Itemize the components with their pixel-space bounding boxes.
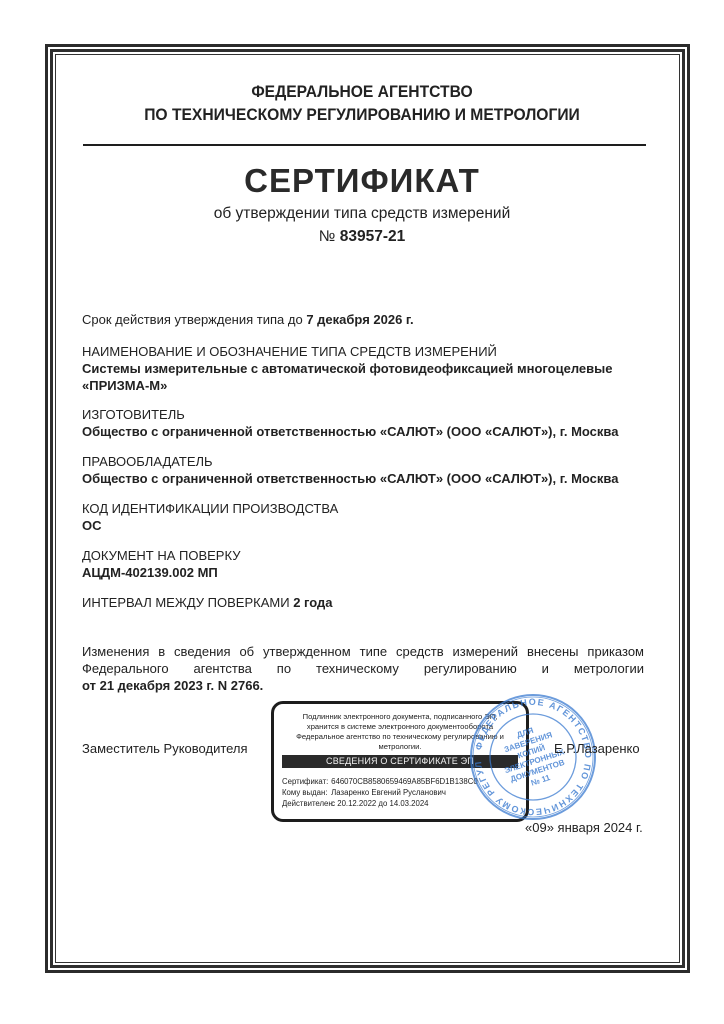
- field-value: Общество с ограниченной ответственностью…: [82, 423, 644, 440]
- agency-line-1: ФЕДЕРАЛЬНОЕ АГЕНТСТВО: [29, 80, 695, 103]
- detail-row: Сертификат: 646070CB8580659469A85BF6D1B1…: [282, 776, 478, 787]
- signatory-name: Е.Р.Лазаренко: [554, 741, 640, 756]
- header-divider: [83, 144, 646, 146]
- interval-value: 2 года: [293, 595, 332, 610]
- verification-interval: ИНТЕРВАЛ МЕЖДУ ПОВЕРКАМИ 2 года: [82, 594, 644, 611]
- e-signature-details: Сертификат: 646070CB8580659469A85BF6D1B1…: [282, 776, 478, 809]
- detail-value: с 20.12.2022 до 14.03.2024: [331, 799, 428, 808]
- amendment-line-3: от 21 декабря 2023 г. N 2766.: [82, 677, 644, 694]
- amendment-line-1: Изменения в сведения об утвержденном тип…: [82, 643, 644, 660]
- field-label: КОД ИДЕНТИФИКАЦИИ ПРОИЗВОДСТВА: [82, 500, 644, 517]
- field-manufacturer: ИЗГОТОВИТЕЛЬ Общество с ограниченной отв…: [82, 406, 644, 440]
- agency-line-2: ПО ТЕХНИЧЕСКОМУ РЕГУЛИРОВАНИЮ И МЕТРОЛОГ…: [29, 103, 695, 126]
- validity-value: 7 декабря 2026 г.: [306, 312, 413, 327]
- signatory-role: Заместитель Руководителя: [82, 741, 248, 756]
- validity-line: Срок действия утверждения типа до 7 дека…: [82, 311, 644, 328]
- detail-value: Лазаренко Евгений Русланович: [331, 788, 446, 797]
- note-line: Подлинник электронного документа, подпис…: [284, 712, 516, 722]
- field-rights-holder: ПРАВООБЛАДАТЕЛЬ Общество с ограниченной …: [82, 453, 644, 487]
- note-line: хранится в системе электронного документ…: [284, 722, 516, 732]
- certificate-number: № 83957-21: [0, 228, 724, 246]
- signature-date: «09» января 2024 г.: [525, 820, 643, 835]
- e-signature-bar-title: СВЕДЕНИЯ О СЕРТИФИКАТЕ ЭП: [282, 755, 518, 768]
- detail-row: Действителен: с 20.12.2022 до 14.03.2024: [282, 798, 478, 809]
- amendment-note: Изменения в сведения об утвержденном тип…: [82, 643, 644, 694]
- detail-row: Кому выдан: Лазаренко Евгений Русланович: [282, 787, 478, 798]
- e-signature-note: Подлинник электронного документа, подпис…: [284, 712, 516, 752]
- interval-label: ИНТЕРВАЛ МЕЖДУ ПОВЕРКАМИ: [82, 595, 290, 610]
- validity-label: Срок действия утверждения типа до: [82, 312, 303, 327]
- certificate-title: СЕРТИФИКАТ: [0, 162, 724, 200]
- agency-header: ФЕДЕРАЛЬНОЕ АГЕНТСТВО ПО ТЕХНИЧЕСКОМУ РЕ…: [29, 80, 695, 126]
- field-verification-document: ДОКУМЕНТ НА ПОВЕРКУ АЦДМ-402139.002 МП: [82, 547, 644, 581]
- number-value: 83957-21: [340, 228, 406, 245]
- detail-key: Действителен:: [282, 798, 329, 809]
- field-label: ДОКУМЕНТ НА ПОВЕРКУ: [82, 547, 644, 564]
- field-label: ИЗГОТОВИТЕЛЬ: [82, 406, 644, 423]
- note-line: метрологии.: [284, 742, 516, 752]
- detail-key: Сертификат:: [282, 776, 329, 787]
- detail-key: Кому выдан:: [282, 787, 329, 798]
- field-production-code: КОД ИДЕНТИФИКАЦИИ ПРОИЗВОДСТВА ОС: [82, 500, 644, 534]
- note-line: Федеральное агентство по техническому ре…: [284, 732, 516, 742]
- number-sign: №: [319, 228, 336, 245]
- detail-value: 646070CB8580659469A85BF6D1B138C0: [331, 777, 478, 786]
- field-value: Общество с ограниченной ответственностью…: [82, 470, 644, 487]
- amendment-line-2: Федерального агентства по техническому р…: [82, 660, 644, 677]
- field-value: АЦДМ-402139.002 МП: [82, 564, 644, 581]
- field-value-cont: «ПРИЗМА-М»: [82, 377, 644, 394]
- field-type-name: НАИМЕНОВАНИЕ И ОБОЗНАЧЕНИЕ ТИПА СРЕДСТВ …: [82, 343, 644, 394]
- field-label: НАИМЕНОВАНИЕ И ОБОЗНАЧЕНИЕ ТИПА СРЕДСТВ …: [82, 343, 644, 360]
- field-value: Системы измерительные с автоматической ф…: [82, 360, 644, 377]
- e-signature-box: Подлинник электронного документа, подпис…: [271, 701, 529, 822]
- field-value: ОС: [82, 517, 644, 534]
- field-label: ПРАВООБЛАДАТЕЛЬ: [82, 453, 644, 470]
- certificate-subtitle: об утверждении типа средств измерений: [0, 205, 724, 223]
